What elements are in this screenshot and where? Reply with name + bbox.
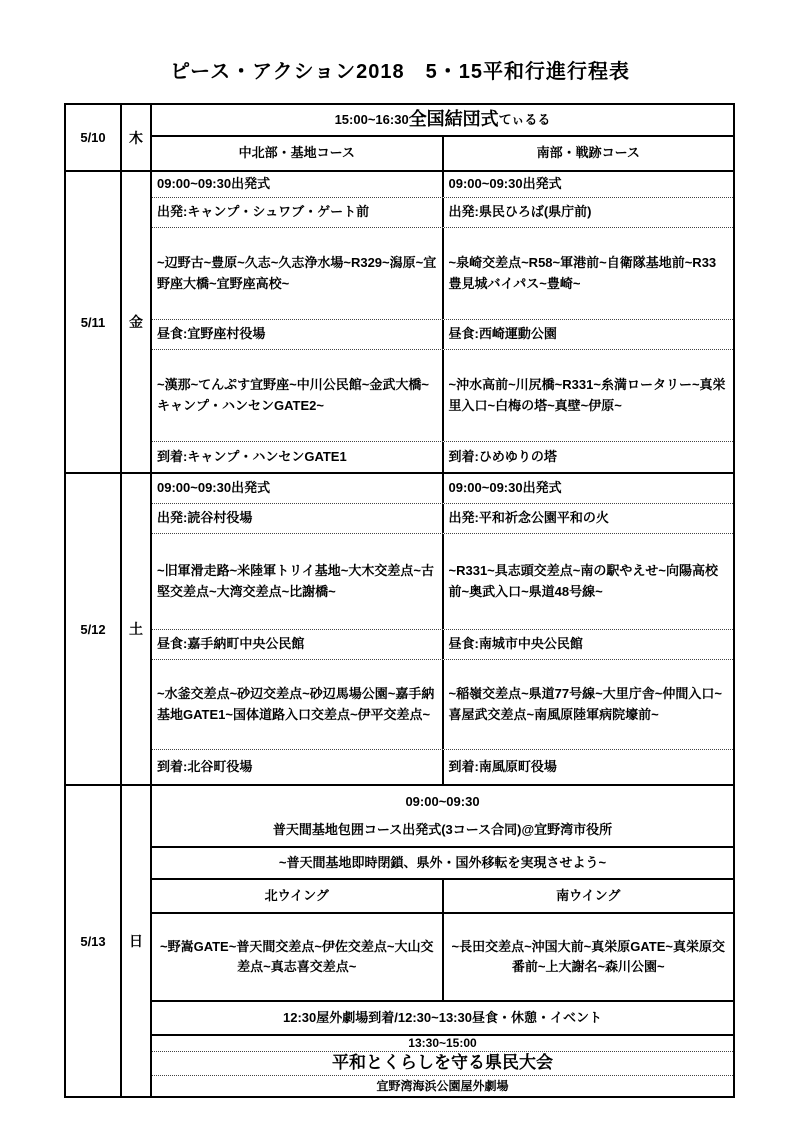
departure-ceremony-row: 09:00~09:30出発式 09:00~09:30出発式 [152, 474, 733, 504]
kickoff-row: 15:00~16:30全国結団式てぃるる [152, 105, 733, 137]
afternoon-route-row: ~漢那~てんぷす宜野座~中川公民館~金武大橋~キャンプ・ハンセンGATE2~ ~… [152, 350, 733, 442]
ceremony-row: 09:00~09:30 普天間基地包囲コース出発式(3コース合同)@宜野湾市役所 [152, 786, 733, 848]
lunch-row: 昼食:宜野座村役場 昼食:西崎運動公園 [152, 320, 733, 350]
departure-left: 出発:キャンプ・シュワブ・ゲート前 [152, 198, 444, 227]
weekday-cell-5-13: 日 [122, 786, 152, 1096]
rally-title: 平和とくらしを守る県民大会 [152, 1052, 733, 1075]
wing-route-row: ~野嵩GATE~普天間交差点~伊佐交差点~大山交差点~真志喜交差点~ ~長田交差… [152, 914, 733, 1002]
wing-header-row: 北ウイング 南ウイング [152, 880, 733, 914]
theater-arrival-text: 12:30屋外劇場到着/12:30~13:30昼食・休憩・イベント [152, 1002, 733, 1034]
rows-5-11: 09:00~09:30出発式 09:00~09:30出発式 出発:キャンプ・シュ… [152, 172, 733, 472]
afternoon-route-right: ~沖水高前~川尻橋~R331~糸満ロータリー~真栄里入口~白梅の塔~真壁~伊原~ [444, 350, 734, 441]
morning-route-row: ~辺野古~豊原~久志~久志浄水場~R329~潟原~宜野座大橋~宜野座高校~ ~泉… [152, 228, 733, 320]
course-header-row: 中北部・基地コース 南部・戦跡コース [152, 137, 733, 170]
date-cell-5-10: 5/10 [66, 105, 122, 170]
slogan-row: ~普天間基地即時閉鎖、県外・国外移転を実現させよう~ [152, 848, 733, 880]
rally-venue-row: 宜野湾海浜公園屋外劇場 [152, 1076, 733, 1096]
wing-route-right: ~長田交差点~沖国大前~真栄原GATE~真栄原交番前~上大謝名~森川公園~ [444, 914, 734, 1000]
departure-ceremony-left: 09:00~09:30出発式 [152, 172, 444, 197]
date-cell-5-13: 5/13 [66, 786, 122, 1096]
lunch-left: 昼食:宜野座村役場 [152, 320, 444, 349]
rally-venue: 宜野湾海浜公園屋外劇場 [152, 1076, 733, 1096]
afternoon-route-row: ~水釜交差点~砂辺交差点~砂辺馬場公園~嘉手納基地GATE1~国体道路入口交差点… [152, 660, 733, 750]
kickoff-cell: 15:00~16:30全国結団式てぃるる [152, 105, 733, 135]
wing-header-right: 南ウイング [444, 880, 734, 912]
rows-5-10: 15:00~16:30全国結団式てぃるる 中北部・基地コース 南部・戦跡コース [152, 105, 733, 170]
theater-arrival-row: 12:30屋外劇場到着/12:30~13:30昼食・休憩・イベント [152, 1002, 733, 1036]
afternoon-route-left: ~漢那~てんぷす宜野座~中川公民館~金武大橋~キャンプ・ハンセンGATE2~ [152, 350, 444, 441]
schedule-table: 5/10 木 15:00~16:30全国結団式てぃるる 中北部・基地コース 南部… [64, 103, 735, 1098]
arrival-row: 到着:キャンプ・ハンセンGATE1 到着:ひめゆりの塔 [152, 442, 733, 472]
afternoon-route-left: ~水釜交差点~砂辺交差点~砂辺馬場公園~嘉手納基地GATE1~国体道路入口交差点… [152, 660, 444, 749]
rally-time-row: 13:30~15:00 [152, 1036, 733, 1052]
page-title: ピース・アクション2018 5・15平和行進行程表 [0, 55, 800, 84]
weekday-cell-5-11: 金 [122, 172, 152, 472]
rally-title-row: 平和とくらしを守る県民大会 [152, 1052, 733, 1076]
departure-right: 出発:県民ひろば(県庁前) [444, 198, 734, 227]
arrival-left: 到着:キャンプ・ハンセンGATE1 [152, 442, 444, 472]
departure-ceremony-right: 09:00~09:30出発式 [444, 474, 734, 503]
wing-header-left: 北ウイング [152, 880, 444, 912]
morning-route-right: ~R331~具志頭交差点~南の駅やえせ~向陽高校前~奥武入口~県道48号線~ [444, 534, 734, 629]
rows-5-12: 09:00~09:30出発式 09:00~09:30出発式 出発:読谷村役場 出… [152, 474, 733, 784]
ceremony-text: 普天間基地包囲コース出発式(3コース合同)@宜野湾市役所 [273, 820, 612, 840]
departure-ceremony-right: 09:00~09:30出発式 [444, 172, 734, 197]
section-5-12: 5/12 土 09:00~09:30出発式 09:00~09:30出発式 出発:… [66, 474, 733, 786]
arrival-row: 到着:北谷町役場 到着:南風原町役場 [152, 750, 733, 784]
morning-route-left: ~辺野古~豊原~久志~久志浄水場~R329~潟原~宜野座大橋~宜野座高校~ [152, 228, 444, 319]
ceremony-time: 09:00~09:30 [405, 792, 479, 812]
morning-route-right: ~泉崎交差点~R58~軍港前~自衛隊基地前~R33豊見城バイパス~豊崎~ [444, 228, 734, 319]
kickoff-time: 15:00~16:30 [335, 110, 409, 130]
lunch-right: 昼食:西崎運動公園 [444, 320, 734, 349]
arrival-right: 到着:南風原町役場 [444, 750, 734, 784]
lunch-row: 昼食:嘉手納町中央公民館 昼食:南城市中央公民館 [152, 630, 733, 660]
schedule-document: { "colors": { "text": "#000000", "border… [0, 0, 800, 1132]
course-header-left: 中北部・基地コース [152, 137, 444, 170]
departure-row: 出発:キャンプ・シュワブ・ゲート前 出発:県民ひろば(県庁前) [152, 198, 733, 228]
lunch-right: 昼食:南城市中央公民館 [444, 630, 734, 659]
arrival-right: 到着:ひめゆりの塔 [444, 442, 734, 472]
ceremony-cell: 09:00~09:30 普天間基地包囲コース出発式(3コース合同)@宜野湾市役所 [152, 786, 733, 846]
rally-time: 13:30~15:00 [152, 1036, 733, 1051]
slogan-text: ~普天間基地即時閉鎖、県外・国外移転を実現させよう~ [152, 848, 733, 878]
lunch-left: 昼食:嘉手納町中央公民館 [152, 630, 444, 659]
wing-route-left: ~野嵩GATE~普天間交差点~伊佐交差点~大山交差点~真志喜交差点~ [152, 914, 444, 1000]
weekday-cell-5-10: 木 [122, 105, 152, 170]
section-5-10: 5/10 木 15:00~16:30全国結団式てぃるる 中北部・基地コース 南部… [66, 105, 733, 172]
rows-5-13: 09:00~09:30 普天間基地包囲コース出発式(3コース合同)@宜野湾市役所… [152, 786, 733, 1096]
departure-ceremony-row: 09:00~09:30出発式 09:00~09:30出発式 [152, 172, 733, 198]
date-cell-5-12: 5/12 [66, 474, 122, 784]
departure-row: 出発:読谷村役場 出発:平和祈念公園平和の火 [152, 504, 733, 534]
weekday-cell-5-12: 土 [122, 474, 152, 784]
afternoon-route-right: ~稲嶺交差点~県道77号線~大里庁舎~仲間入口~喜屋武交差点~南風原陸軍病院壕前… [444, 660, 734, 749]
arrival-left: 到着:北谷町役場 [152, 750, 444, 784]
kickoff-venue: てぃるる [499, 110, 551, 130]
morning-route-left: ~旧軍滑走路~米陸軍トリイ基地~大木交差点~古堅交差点~大湾交差点~比謝橋~ [152, 534, 444, 629]
departure-right: 出発:平和祈念公園平和の火 [444, 504, 734, 533]
kickoff-title: 全国結団式 [409, 106, 499, 134]
date-cell-5-11: 5/11 [66, 172, 122, 472]
morning-route-row: ~旧軍滑走路~米陸軍トリイ基地~大木交差点~古堅交差点~大湾交差点~比謝橋~ ~… [152, 534, 733, 630]
course-header-right: 南部・戦跡コース [444, 137, 734, 170]
section-5-13: 5/13 日 09:00~09:30 普天間基地包囲コース出発式(3コース合同)… [66, 786, 733, 1096]
departure-left: 出発:読谷村役場 [152, 504, 444, 533]
departure-ceremony-left: 09:00~09:30出発式 [152, 474, 444, 503]
section-5-11: 5/11 金 09:00~09:30出発式 09:00~09:30出発式 出発:… [66, 172, 733, 474]
